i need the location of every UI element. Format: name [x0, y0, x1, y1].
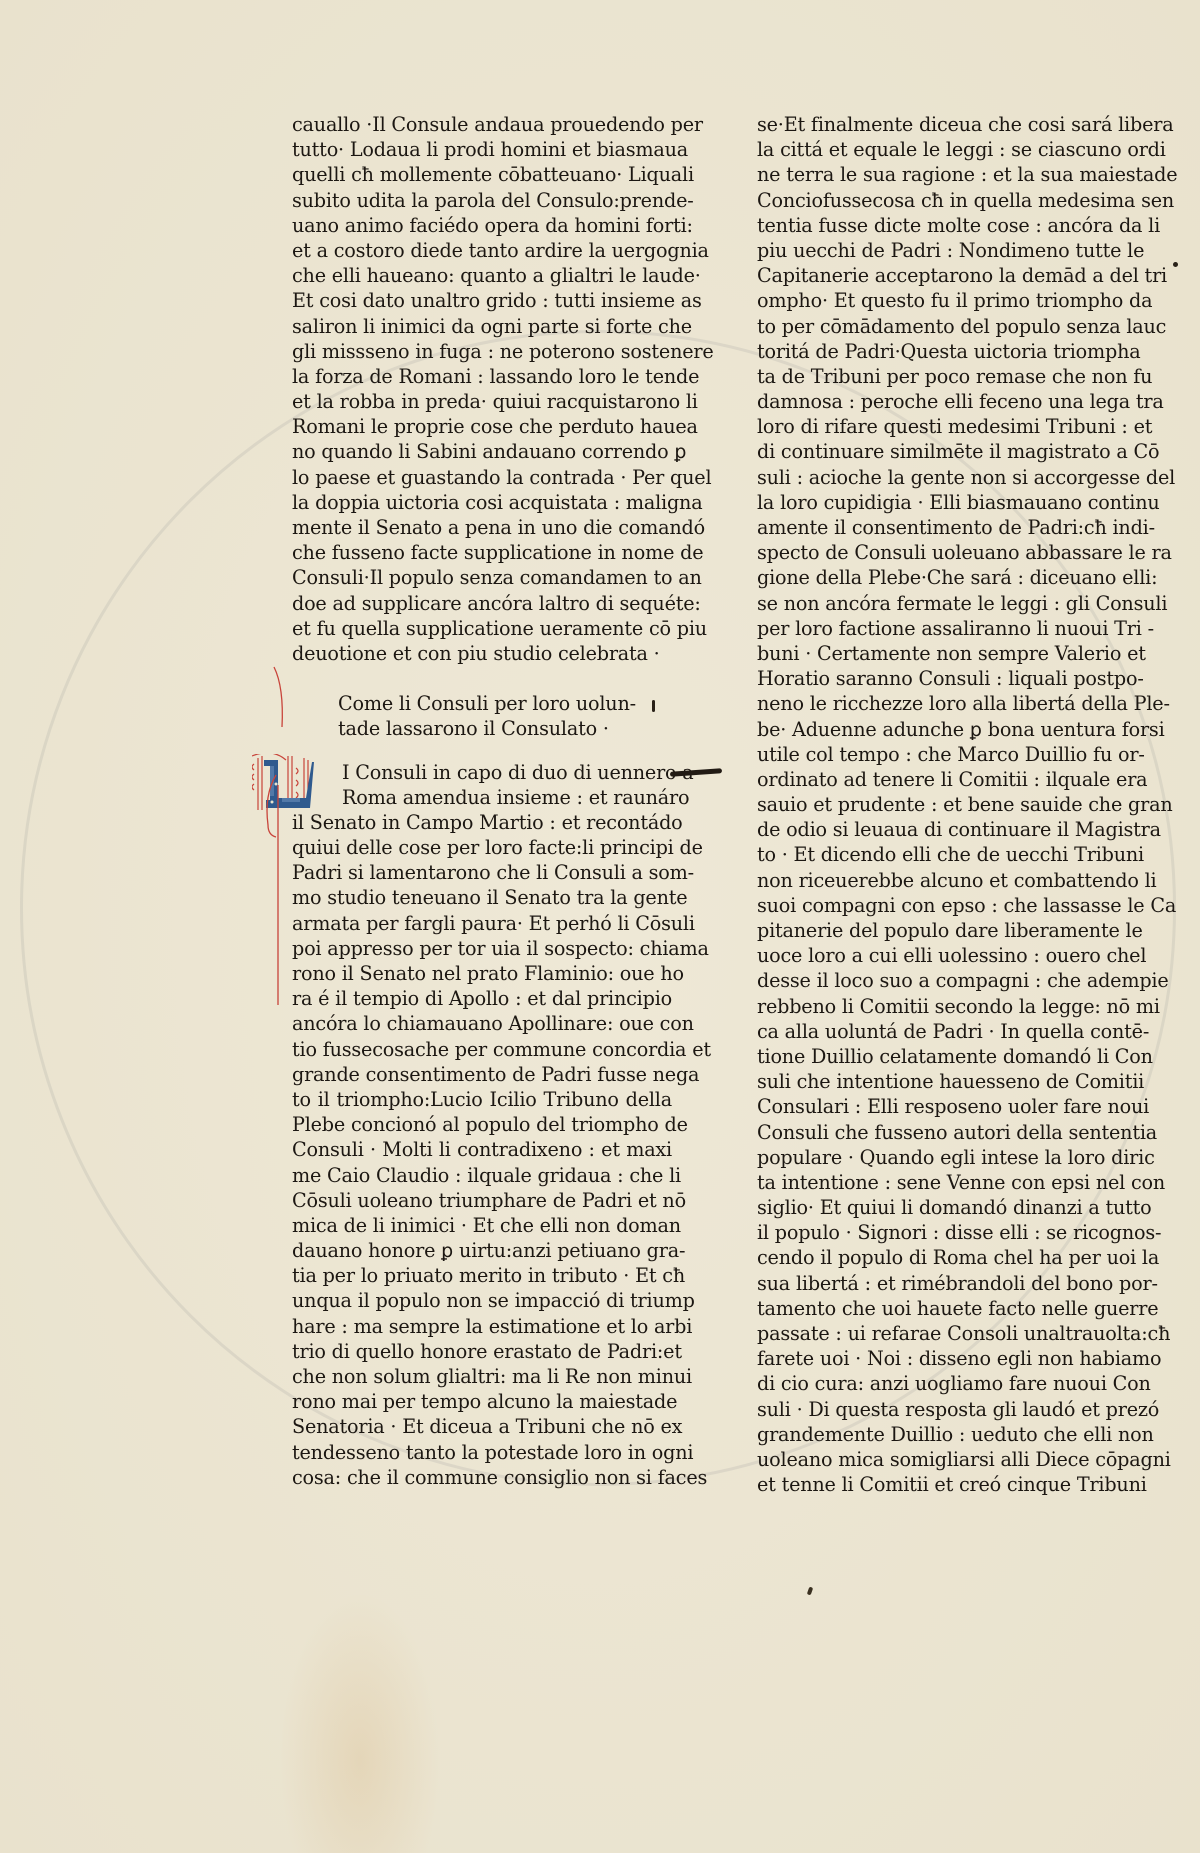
text-line: tendesseno tanto la potestade loro in og… — [292, 1440, 672, 1465]
margin-mark — [652, 700, 655, 712]
text-line: la doppia uictoria cosi acquistata : mal… — [292, 490, 672, 515]
text-line: suli : acioche la gente non si accorgess… — [757, 465, 1135, 490]
text-line: piu uecchi de Padri : Nondimeno tutte le — [757, 238, 1135, 263]
text-line: uano animo faciédo opera da homini forti… — [292, 213, 672, 238]
text-line: tione Duillio celatamente domandó li Con — [757, 1044, 1135, 1069]
text-line: neno le ricchezze loro alla libertá dell… — [757, 691, 1135, 716]
text-line: tentia fusse dicte molte cose : ancóra d… — [757, 213, 1135, 238]
text-line: Capitanerie acceptarono la demād a del t… — [757, 263, 1135, 288]
text-line: Senatoria · Et diceua a Tribuni che nō e… — [292, 1414, 672, 1439]
text-line: populare · Quando egli intese la loro di… — [757, 1145, 1135, 1170]
text-line: la forza de Romani : lassando loro le te… — [292, 364, 672, 389]
text-line: rono il Senato nel prato Flaminio: oue h… — [292, 961, 672, 986]
text-line: loro di rifare questi medesimi Tribuni :… — [757, 414, 1135, 439]
text-line: Consuli·Il populo senza comandamen to an — [292, 565, 672, 590]
text-line: tamento che uoi hauete facto nelle guerr… — [757, 1296, 1135, 1321]
text-line: unqua il populo non se impacció di trium… — [292, 1288, 672, 1313]
decorated-initial-l-icon — [252, 754, 314, 814]
text-line: siglio· Et quiui li domandó dinanzi a tu… — [757, 1195, 1135, 1220]
text-line: subito udita la parola del Consulo:prend… — [292, 188, 672, 213]
text-line: et tenne li Comitii et creó cinque Tribu… — [757, 1472, 1135, 1497]
text-line: de odio si leuaua di continuare il Magis… — [757, 817, 1135, 842]
text-line: ta de Tribuni per poco remase che non fu — [757, 364, 1135, 389]
text-line: tia per lo priuato merito in tributo · E… — [292, 1263, 672, 1288]
paragraph-before-heading: cauallo ·Il Consule andaua prouedendo pe… — [292, 112, 672, 666]
right-column: se·Et finalmente diceua che cosi sará li… — [757, 112, 1135, 1497]
text-line: Consulari : Elli resposeno uoler fare no… — [757, 1094, 1135, 1119]
text-line: saliron li inimici da ogni parte si fort… — [292, 314, 672, 339]
text-line: quelli cħ mollemente cōbatteuano· Liqual… — [292, 162, 672, 187]
text-line: grande consentimento de Padri fusse nega — [292, 1062, 672, 1087]
text-line: be· Aduenne adunche ꝑ bona uentura forsi — [757, 717, 1135, 742]
margin-speck-mark — [807, 1587, 813, 1596]
text-line: rebbeno li Comitii secondo la legge: nō … — [757, 994, 1135, 1019]
text-line: se non ancóra fermate le leggi : gli Con… — [757, 591, 1135, 616]
text-line: sua libertá : et rimébrandoli del bono p… — [757, 1271, 1135, 1296]
text-line: che fusseno facte supplicatione in nome … — [292, 540, 672, 565]
text-line: desse il loco suo a compagni : che ademp… — [757, 968, 1135, 993]
paragraph-with-initial: I Consuli in capo di duo di uennero aRom… — [292, 760, 672, 1490]
margin-dot-mark — [1173, 262, 1178, 267]
text-line: mica de li inimici · Et che elli non dom… — [292, 1213, 672, 1238]
text-line: deuotione et con piu studio celebrata · — [292, 641, 672, 666]
text-line: to per cōmādamento del populo senza lauc — [757, 314, 1135, 339]
text-line: Roma amendua insieme : et raunáro — [292, 785, 672, 810]
text-line: di cio cura: anzi uogliamo fare nuoui Co… — [757, 1371, 1135, 1396]
text-line: toritá de Padri·Questa uictoria triompha — [757, 339, 1135, 364]
text-line: se·Et finalmente diceua che cosi sará li… — [757, 112, 1135, 137]
text-line: Horatio saranno Consuli : liquali postpo… — [757, 666, 1135, 691]
text-line: di continuare similmēte il magistrato a … — [757, 439, 1135, 464]
rubric-margin-stroke-icon — [262, 665, 292, 1005]
text-line: Consuli che fusseno autori della sentent… — [757, 1120, 1135, 1145]
text-line: il Senato in Campo Martio : et recontádo — [292, 810, 672, 835]
chapter-heading: Come li Consuli per loro uolun-tade lass… — [292, 691, 638, 741]
text-line: cauallo ·Il Consule andaua prouedendo pe… — [292, 112, 672, 137]
text-line: tade lassarono il Consulato · — [338, 716, 638, 741]
text-line: mo studio teneuano il Senato tra la gent… — [292, 885, 672, 910]
text-line: rono mai per tempo alcuno la maiestade — [292, 1389, 672, 1414]
text-line: doe ad supplicare ancóra laltro di sequé… — [292, 591, 672, 616]
text-line: mente il Senato a pena in uno die comand… — [292, 515, 672, 540]
text-line: passate : ui refarae Consoli unaltrauolt… — [757, 1321, 1135, 1346]
text-line: to il triompho:Lucio Icilio Tribuno dell… — [292, 1087, 672, 1112]
text-line: amente il consentimento de Padri:cħ indi… — [757, 515, 1135, 540]
text-line: gli missseno in fuga : ne poterono soste… — [292, 339, 672, 364]
text-line: farete uoi · Noi : disseno egli non habi… — [757, 1346, 1135, 1371]
text-line: ancóra lo chiamauano Apollinare: oue con — [292, 1011, 672, 1036]
text-line: ra é il tempio di Apollo : et dal princi… — [292, 986, 672, 1011]
text-line: ca alla uoluntá de Padri · In quella con… — [757, 1019, 1135, 1044]
text-line: et a costoro diede tanto ardire la uergo… — [292, 238, 672, 263]
text-line: et la robba in preda· quiui racquistaron… — [292, 389, 672, 414]
text-line: non riceuerebbe alcuno et combattendo li — [757, 868, 1135, 893]
text-line: che elli haueano: quanto a glialtri le l… — [292, 263, 672, 288]
text-line: sauio et prudente : et bene sauide che g… — [757, 792, 1135, 817]
text-line: ta intentione : sene Venne con epsi nel … — [757, 1170, 1135, 1195]
text-line: poi appresso per tor uia il sospecto: ch… — [292, 936, 672, 961]
text-line: suoi compagni con epso : che lassasse le… — [757, 893, 1135, 918]
text-line: cosa: che il commune consiglio non si fa… — [292, 1465, 672, 1490]
text-line: grandemente Duillio : ueduto che elli no… — [757, 1422, 1135, 1447]
text-line: ompho· Et questo fu il primo triompho da — [757, 288, 1135, 313]
text-line: no quando li Sabini andauano correndo ꝑ — [292, 439, 672, 464]
text-line: per loro factione assaliranno li nuoui T… — [757, 616, 1135, 641]
text-line: utile col tempo : che Marco Duillio fu o… — [757, 742, 1135, 767]
text-line: hare : ma sempre la estimatione et lo ar… — [292, 1314, 672, 1339]
text-line: buni · Certamente non sempre Valerio et — [757, 641, 1135, 666]
text-line: la loro cupidigia · Elli biasmauano cont… — [757, 490, 1135, 515]
text-line: Et cosi dato unaltro grido : tutti insie… — [292, 288, 672, 313]
text-line: specto de Consuli uoleuano abbassare le … — [757, 540, 1135, 565]
text-line: la cittá et equale le leggi : se ciascun… — [757, 137, 1135, 162]
text-line: Plebe concionó al populo del triompho de — [292, 1112, 672, 1137]
text-line: to · Et dicendo elli che de uecchi Tribu… — [757, 842, 1135, 867]
text-line: Conciofussecosa cħ in quella medesima se… — [757, 188, 1135, 213]
text-line: ne terra le sua ragione : et la sua maie… — [757, 162, 1135, 187]
text-line: Consuli · Molti li contradixeno : et max… — [292, 1137, 672, 1162]
text-line: I Consuli in capo di duo di uennero a — [292, 760, 672, 785]
text-line: lo paese et guastando la contrada · Per … — [292, 465, 672, 490]
left-column: cauallo ·Il Consule andaua prouedendo pe… — [292, 112, 672, 1490]
text-line: damnosa : peroche elli feceno una lega t… — [757, 389, 1135, 414]
text-line: il populo · Signori : disse elli : se ri… — [757, 1220, 1135, 1245]
text-line: Romani le proprie cose che perduto hauea — [292, 414, 672, 439]
text-line: suli che intentione hauesseno de Comitii — [757, 1069, 1135, 1094]
text-line: Come li Consuli per loro uolun- — [338, 691, 638, 716]
text-line: tutto· Lodaua li prodi homini et biasmau… — [292, 137, 672, 162]
text-line: me Caio Claudio : ilquale gridaua : che … — [292, 1163, 672, 1188]
text-line: suli · Di questa resposta gli laudó et p… — [757, 1397, 1135, 1422]
text-line: armata per fargli paura· Et perhó li Cōs… — [292, 911, 672, 936]
text-line: pitanerie del populo dare liberamente le — [757, 918, 1135, 943]
text-line: uoce loro a cui elli uolessino : ouero c… — [757, 943, 1135, 968]
text-line: quiui delle cose per loro facte:li princ… — [292, 835, 672, 860]
text-line: Padri si lamentarono che li Consuli a so… — [292, 860, 672, 885]
text-line: Cōsuli uoleano triumphare de Padri et nō — [292, 1188, 672, 1213]
text-line: ordinato ad tenere li Comitii : ilquale … — [757, 767, 1135, 792]
text-line: gione della Plebe·Che sará : diceuano el… — [757, 565, 1135, 590]
text-line: uoleano mica somigliarsi alli Diece cōpa… — [757, 1447, 1135, 1472]
text-line: tio fussecosache per commune concordia e… — [292, 1037, 672, 1062]
text-line: cendo il populo di Roma chel ha per uoi … — [757, 1245, 1135, 1270]
text-line: trio di quello honore erastato de Padri:… — [292, 1339, 672, 1364]
text-line: et fu quella supplicatione ueramente cō … — [292, 616, 672, 641]
text-line: dauano honore ꝑ uirtu:anzi petiuano gra- — [292, 1238, 672, 1263]
text-line: che non solum glialtri: ma li Re non min… — [292, 1364, 672, 1389]
